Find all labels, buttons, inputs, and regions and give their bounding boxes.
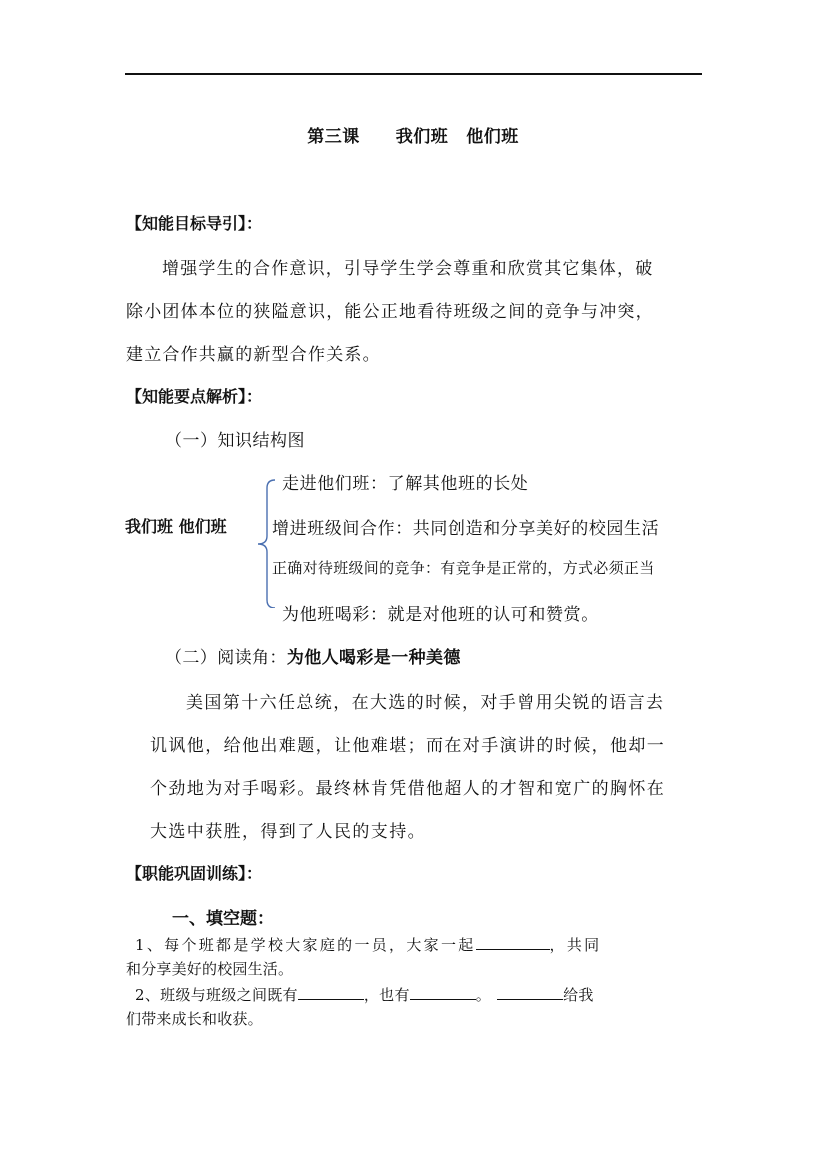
- reading-corner-prefix: （二）阅读角：: [165, 648, 287, 668]
- blank-4[interactable]: [497, 984, 563, 1000]
- page-title: 第三课我们班他们班: [0, 122, 826, 147]
- title-part1: 我们班: [396, 127, 449, 147]
- reading-line-2: 讥讽他，给他出难题，让他难堪；而在对手演讲的时候，他却一: [150, 731, 665, 756]
- blank-2[interactable]: [298, 984, 364, 1000]
- blank-1[interactable]: [476, 934, 550, 950]
- question-2-line-1: 2、班级与班级之间既有，也有。给我: [135, 984, 594, 1005]
- reading-line-4: 大选中获胜，得到了人民的支持。: [150, 817, 426, 842]
- goals-line-2: 除小团体本位的狭隘意识，能公正地看待班级之间的竞争与冲突，: [126, 297, 654, 322]
- lesson-number: 第三课: [307, 127, 360, 147]
- structure-branch-2: 增进班级间合作：共同创造和分享美好的校园生活: [272, 514, 659, 539]
- reading-corner-heading: （二）阅读角：为他人喝彩是一种美德: [165, 643, 461, 668]
- goals-line-3: 建立合作共赢的新型合作关系。: [126, 340, 381, 365]
- question-1-line-2: 和分享美好的校园生活。: [126, 958, 293, 979]
- reading-corner-title: 为他人喝彩是一种美德: [287, 648, 461, 668]
- title-part2: 他们班: [466, 127, 519, 147]
- knowledge-structure-label: （一）知识结构图: [165, 426, 305, 451]
- structure-branch-1: 走进他们班：了解其他班的长处: [282, 469, 528, 494]
- section-heading-practice: 【职能巩固训练】：: [126, 861, 262, 884]
- section-heading-analysis: 【知能要点解析】：: [126, 384, 262, 407]
- fill-in-blank-heading: 一、填空题：: [172, 904, 274, 929]
- reading-line-1: 美国第十六任总统，在大选的时候，对手曾用尖锐的语言去: [186, 688, 664, 713]
- blank-3[interactable]: [410, 984, 476, 1000]
- curly-brace-icon: [255, 478, 277, 608]
- question-1-line-1: 1、每个班都是学校大家庭的一员，大家一起，共同: [135, 934, 601, 955]
- reading-line-3: 个劲地为对手喝彩。最终林肯凭借他超人的才智和宽广的胸怀在: [150, 774, 665, 799]
- section-heading-goals: 【知能目标导引】：: [126, 211, 262, 234]
- structure-root: 我们班 他们班: [125, 514, 227, 537]
- question-2-line-2: 们带来成长和收获。: [126, 1008, 263, 1029]
- structure-branch-4: 为他班喝彩：就是对他班的认可和赞赏。: [282, 600, 599, 625]
- structure-branch-3: 正确对待班级间的竞争：有竞争是正常的，方式必须正当: [272, 557, 655, 578]
- goals-line-1: 增强学生的合作意识，引导学生学会尊重和欣赏其它集体，破: [162, 254, 653, 279]
- header-rule: [125, 73, 702, 75]
